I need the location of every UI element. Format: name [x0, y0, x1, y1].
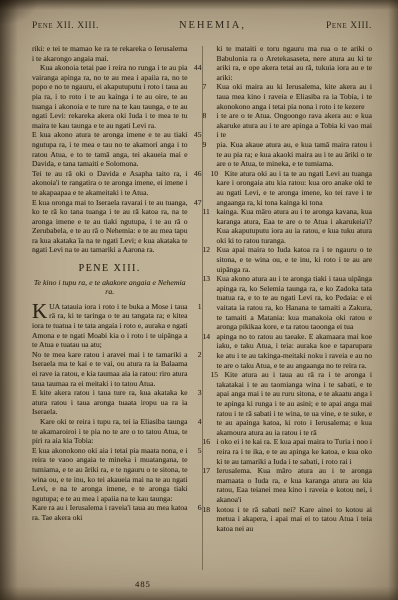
- verse-block: 9pia. Kua akaue atura au, e kua tamā mai…: [217, 140, 373, 169]
- paragraph-block: ki te mataiti e toru ngauru ma rua o te …: [217, 44, 373, 82]
- verse-block: 46Tei te au rā oki o Davida e Asapha tai…: [32, 169, 188, 198]
- left-column: riki: e tei te mamao ke ra te rekareka o…: [32, 44, 202, 578]
- page-number: 485: [108, 579, 178, 589]
- verse-number: 2: [198, 350, 202, 360]
- verse-block: 10Kite atura oki au i ta te au ngati Lev…: [217, 169, 373, 207]
- verse-block: 4Kare oki te reira i tupu ra, tei ia Eli…: [32, 417, 188, 446]
- page-edge-shadow-top: [0, 0, 398, 10]
- verse-text: Kua oki maira au ki Ierusalema, kite ake…: [217, 82, 373, 110]
- verse-text: kotou i te rā sabati nei? Kare ainei to …: [217, 505, 373, 533]
- verse-block: 14apinga no to ratou au taeake. E akamaa…: [217, 332, 373, 370]
- verse-number: 13: [203, 274, 211, 284]
- verse-block: 17Ierusalema. Kua māro atura au i te aro…: [217, 466, 373, 504]
- verse-number: 16: [203, 437, 211, 447]
- verse-text: i te are o te Atua. Ongoongo rava akera …: [217, 111, 373, 139]
- verse-number: 4: [190, 417, 202, 427]
- verse-text: UA tatauia iora i roto i te buka a Mose …: [32, 302, 188, 349]
- chapter-heading-text: PENE XIII.: [79, 263, 141, 274]
- page-edge-shadow-right: [388, 0, 398, 600]
- verse-number: 17: [203, 466, 211, 476]
- verse-number: 7: [203, 82, 207, 92]
- verse-block: 18kotou i te rā sabati nei? Kare ainei t…: [217, 505, 373, 534]
- chapter-heading: PENE XIII.: [32, 263, 188, 274]
- verse-number: 9: [203, 140, 207, 150]
- verse-number: 10: [203, 169, 219, 179]
- verse-text: riki: e tei te mamao ke ra te rekareka o…: [32, 44, 188, 63]
- verse-text: E kua akono atura te aronga imene e te a…: [32, 130, 188, 168]
- drop-cap-initial: K: [32, 302, 49, 320]
- verse-block: 13Kua akono atura au i te aronga tiaki i…: [217, 274, 373, 332]
- verse-block: 47E kua oronga mai to Iseraela ravarai i…: [32, 198, 188, 256]
- verse-block: 1KUA tatauia iora i roto i te buka a Mos…: [32, 302, 188, 350]
- verse-number: 15: [203, 370, 219, 380]
- verse-block: 3E kite akera ratou i taua ture ra, kua …: [32, 388, 188, 417]
- verse-text: Kare ra au i Ierusalema i raveia'i taua …: [32, 503, 188, 522]
- verse-text: E kua oronga mai to Iseraela ravarai i t…: [32, 198, 188, 255]
- running-head: Pene XII. XIII. NEHEMIA, Pene XIII.: [32, 20, 372, 31]
- page-edge-shadow-left: [0, 0, 18, 600]
- book-page: Pene XII. XIII. NEHEMIA, Pene XIII. riki…: [0, 0, 398, 600]
- page-edge-shadow-bottom: [0, 586, 398, 600]
- verse-block: 8i te are o te Atua. Ongoongo rava akera…: [217, 111, 373, 140]
- verse-text: Kua apai maira to Iuda katoa ra i te nga…: [217, 245, 373, 273]
- running-head-left: Pene XII. XIII.: [32, 21, 99, 31]
- chapter-subtitle: Te kino i tupu ra, e te akakore angaia e…: [32, 278, 188, 297]
- verse-block: 45E kua akono atura te aronga imene e te…: [32, 130, 188, 168]
- verse-block: 15Kite atura au i taua au rā ra i te aro…: [217, 370, 373, 437]
- verse-text: E kite akera ratou i taua ture ra, kua a…: [32, 388, 188, 416]
- verse-number: 5: [198, 446, 202, 456]
- verse-number: 6: [198, 503, 202, 513]
- right-column: ki te mataiti e toru ngauru ma rua o te …: [203, 44, 373, 578]
- text-block: riki: e tei te mamao ke ra te rekareka o…: [32, 44, 372, 578]
- running-head-center: NEHEMIA,: [179, 20, 246, 31]
- verse-block: 44Kua akonoia tetai pae i reira no runga…: [32, 63, 188, 130]
- verse-block: 11kainga. Kua māro atura au i te aronga …: [217, 207, 373, 245]
- verse-number: 1: [198, 302, 202, 312]
- verse-number: 8: [203, 111, 207, 121]
- chapter-subtitle-text: Te kino i tupu ra, e te akakore angaia e…: [34, 278, 186, 296]
- running-head-right: Pene XIII.: [326, 21, 372, 31]
- verse-block: 16i oko ei i te kai ra. E kua apai maira…: [217, 437, 373, 466]
- verse-number: 46: [194, 169, 202, 179]
- verse-text: ki te mataiti e toru ngauru ma rua o te …: [217, 44, 373, 82]
- verse-number: 44: [186, 63, 202, 73]
- verse-block: 7Kua oki maira au ki Ierusalema, kite ak…: [217, 82, 373, 111]
- verse-text: E kua akonokono oki aia i tetai pia maat…: [32, 446, 188, 503]
- verse-text: kainga. Kua māro atura au i te aronga ka…: [217, 207, 373, 245]
- verse-text: Kite atura oki au i ta te au ngati Levi …: [217, 169, 373, 207]
- verse-text: Tei te au rā oki o Davida e Asapha taito…: [32, 169, 188, 197]
- verse-text: Kua akonoia tetai pae i reira no runga i…: [32, 63, 188, 130]
- verse-text: i oko ei i te kai ra. E kua apai maira t…: [217, 437, 373, 465]
- verse-text: Kite atura au i taua au rā ra i te arong…: [217, 370, 373, 437]
- verse-block: 6Kare ra au i Ierusalema i raveia'i taua…: [32, 503, 188, 522]
- verse-text: Kua akono atura au i te aronga tiaki i t…: [217, 274, 373, 331]
- paragraph-block: riki: e tei te mamao ke ra te rekareka o…: [32, 44, 188, 63]
- verse-number: 14: [203, 332, 211, 342]
- verse-text: pia. Kua akaue atura au, e kua tamā mair…: [217, 140, 373, 168]
- verse-text: apinga no to ratou au taeake. E akamaara…: [217, 332, 373, 370]
- verse-number: 12: [203, 245, 211, 255]
- verse-number: 11: [203, 207, 210, 217]
- verse-block: 5E kua akonokono oki aia i tetai pia maa…: [32, 446, 188, 504]
- verse-text: No te mea kare ratou i aravei mai i te t…: [32, 350, 188, 388]
- verse-number: 47: [194, 198, 202, 208]
- verse-text: Kare oki te reira i tupu ra, tei ia Elia…: [32, 417, 188, 445]
- verse-number: 3: [198, 388, 202, 398]
- verse-block: 12Kua apai maira to Iuda katoa ra i te n…: [217, 245, 373, 274]
- verse-block: 2No te mea kare ratou i aravei mai i te …: [32, 350, 188, 388]
- verse-number: 45: [194, 130, 202, 140]
- verse-number: 18: [203, 505, 211, 515]
- verse-text: Ierusalema. Kua māro atura au i te arong…: [217, 466, 373, 504]
